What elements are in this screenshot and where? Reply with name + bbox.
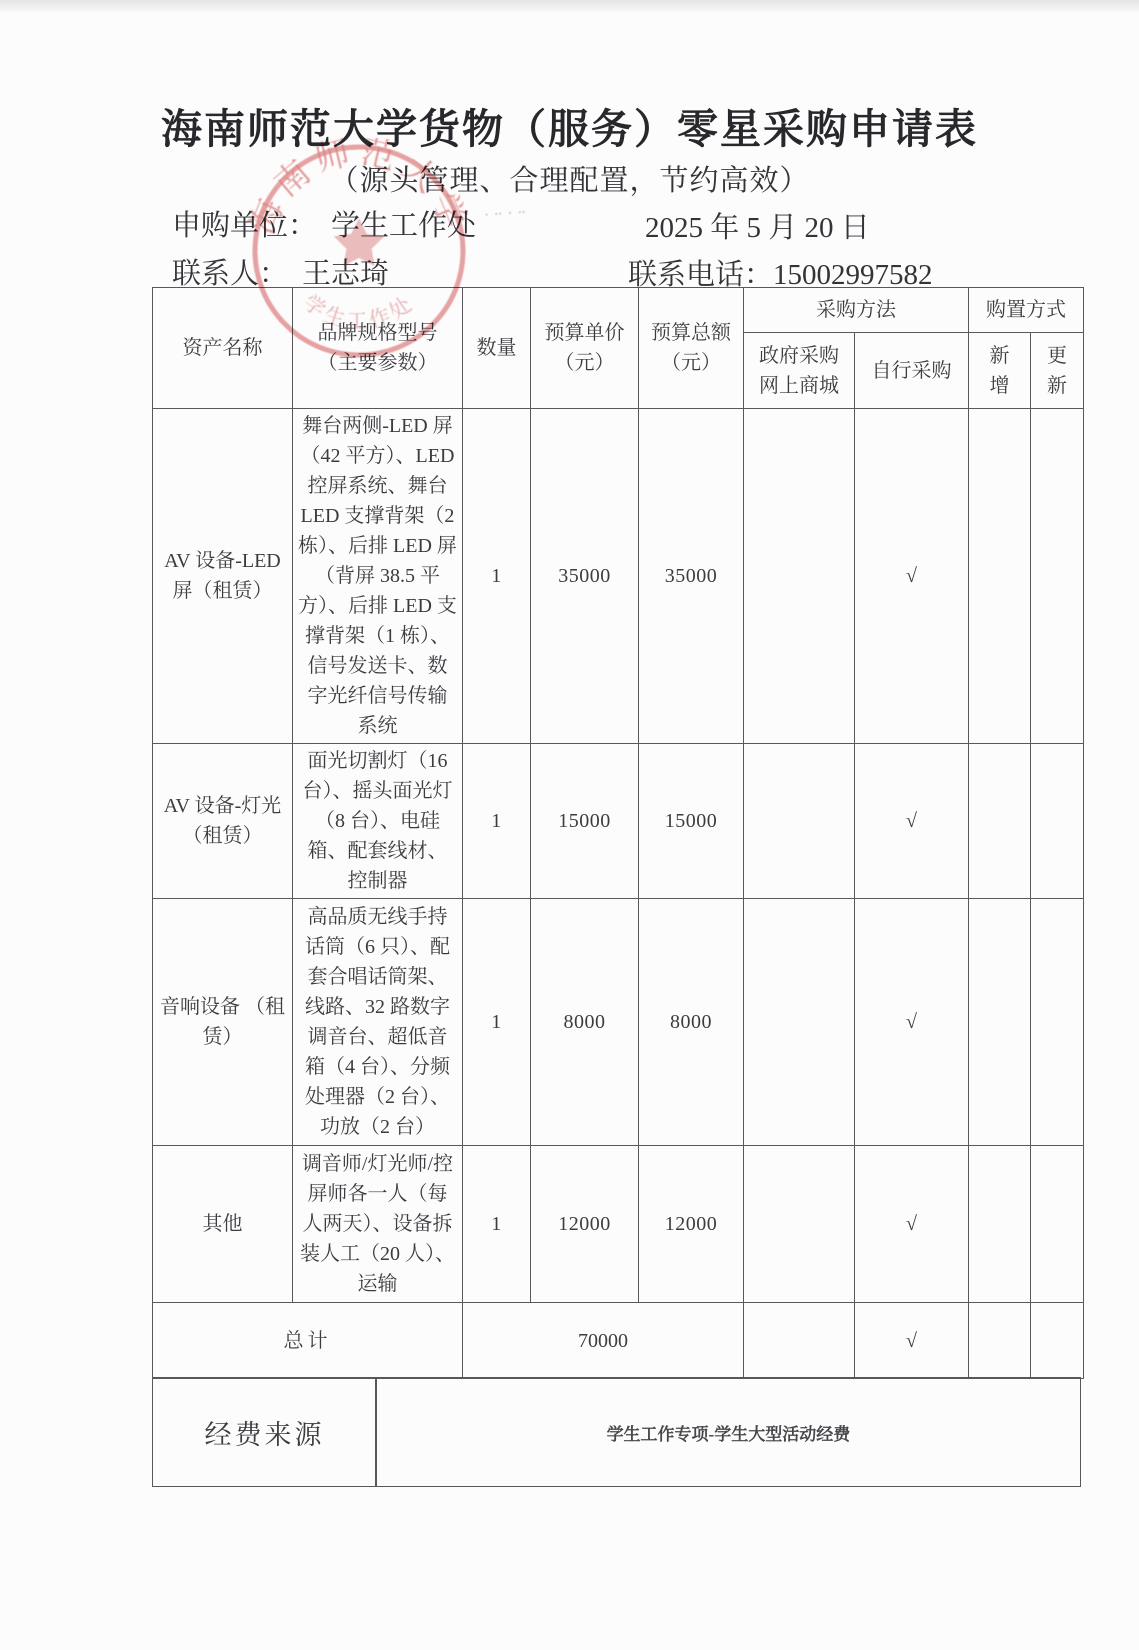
procurement-table: 资产名称 品牌规格型号（主要参数） 数量 预算单价（元） 预算总额（元） 采购方… xyxy=(152,287,1084,1379)
col-header-spec: 品牌规格型号（主要参数） xyxy=(293,288,463,409)
table-row: AV 设备-LED 屏（租赁） 舞台两侧-LED 屏（42 平方）、LED 控屏… xyxy=(153,409,1084,744)
new-cell xyxy=(969,1146,1031,1303)
total-row: 总计 70000 √ xyxy=(153,1303,1084,1379)
table-row: AV 设备-灯光 （租赁） 面光切割灯（16 台）、摇头面光灯（8 台）、电硅箱… xyxy=(153,744,1084,899)
funding-source-value: 学生工作专项-学生大型活动经费 xyxy=(375,1377,1081,1487)
renew-cell xyxy=(1031,1303,1084,1379)
table-row: 音响设备 （租赁） 高品质无线手持话筒（6 只）、配套合唱话筒架、线路、32 路… xyxy=(153,899,1084,1146)
pencil-smudge: ᠂ ᠃ ᠂ ᠃ xyxy=(481,192,604,244)
application-date: 2025 年 5 月 20 日 xyxy=(645,205,870,246)
total-label-cell: 总计 xyxy=(153,1303,463,1379)
header-row-groups: 资产名称 品牌规格型号（主要参数） 数量 预算单价（元） 预算总额（元） 采购方… xyxy=(153,288,1084,333)
total-price-cell: 8000 xyxy=(639,899,744,1146)
spec-cell: 高品质无线手持话筒（6 只）、配套合唱话筒架、线路、32 路数字调音台、超低音箱… xyxy=(293,899,463,1146)
new-cell xyxy=(969,409,1031,744)
unit-price-cell: 12000 xyxy=(531,1146,639,1303)
total-amount-cell: 70000 xyxy=(463,1303,744,1379)
self-procure-check-cell: √ xyxy=(855,744,969,899)
col-header-asset-name: 资产名称 xyxy=(153,288,293,409)
unit-price-cell: 35000 xyxy=(531,409,639,744)
self-procure-check-cell: √ xyxy=(855,899,969,1146)
total-price-cell: 35000 xyxy=(639,409,744,744)
unit-price-cell: 8000 xyxy=(531,899,639,1146)
self-procure-check-cell: √ xyxy=(855,1303,969,1379)
col-header-new: 新增 xyxy=(969,333,1031,409)
applicant-unit-value: 学生工作处 xyxy=(331,210,476,242)
document-subtitle: （源头管理、合理配置，节约高效） xyxy=(0,158,1139,199)
contact-person-line: 联系人：王志琦 xyxy=(172,251,389,292)
contact-person-label: 联系人： xyxy=(172,258,288,290)
asset-name-cell: 音响设备 （租赁） xyxy=(153,899,293,1146)
asset-name-cell: 其他 xyxy=(153,1146,293,1303)
col-header-qty: 数量 xyxy=(463,288,531,409)
gov-mall-cell xyxy=(744,1146,855,1303)
spec-cell: 舞台两侧-LED 屏（42 平方）、LED 控屏系统、舞台 LED 支撑背架（2… xyxy=(293,409,463,744)
col-header-gov-mall: 政府采购网上商城 xyxy=(744,333,855,409)
new-cell xyxy=(969,744,1031,899)
qty-cell: 1 xyxy=(463,899,531,1146)
applicant-unit-label: 申购单位： xyxy=(172,210,317,242)
qty-cell: 1 xyxy=(463,1146,531,1303)
renew-cell xyxy=(1031,1146,1084,1303)
scanned-document: 海南师范大学货物（服务）零星采购申请表 （源头管理、合理配置，节约高效） 申购单… xyxy=(0,0,1139,1650)
col-header-renew: 更新 xyxy=(1031,333,1084,409)
spec-cell: 调音师/灯光师/控屏师各一人（每人两天）、设备拆装人工（20 人）、运输 xyxy=(293,1146,463,1303)
renew-cell xyxy=(1031,409,1084,744)
new-cell xyxy=(969,1303,1031,1379)
renew-cell xyxy=(1031,744,1084,899)
asset-name-cell: AV 设备-灯光 （租赁） xyxy=(153,744,293,899)
col-header-self-procure: 自行采购 xyxy=(855,333,969,409)
qty-cell: 1 xyxy=(463,409,531,744)
gov-mall-cell xyxy=(744,1303,855,1379)
self-procure-check-cell: √ xyxy=(855,409,969,744)
total-price-cell: 12000 xyxy=(639,1146,744,1303)
document-title: 海南师范大学货物（服务）零星采购申请表 xyxy=(0,96,1139,155)
unit-price-cell: 15000 xyxy=(531,744,639,899)
col-header-unit-price: 预算单价（元） xyxy=(531,288,639,409)
renew-cell xyxy=(1031,899,1084,1146)
self-procure-check-cell: √ xyxy=(855,1146,969,1303)
gov-mall-cell xyxy=(744,409,855,744)
asset-name-cell: AV 设备-LED 屏（租赁） xyxy=(153,409,293,744)
col-group-procurement-method: 采购方法 xyxy=(744,288,969,333)
spec-cell: 面光切割灯（16 台）、摇头面光灯（8 台）、电硅箱、配套线材、控制器 xyxy=(293,744,463,899)
scan-edge-shadow xyxy=(0,0,1139,14)
table-row: 其他 调音师/灯光师/控屏师各一人（每人两天）、设备拆装人工（20 人）、运输 … xyxy=(153,1146,1084,1303)
qty-cell: 1 xyxy=(463,744,531,899)
total-price-cell: 15000 xyxy=(639,744,744,899)
new-cell xyxy=(969,899,1031,1146)
gov-mall-cell xyxy=(744,899,855,1146)
applicant-unit-line: 申购单位：学生工作处 xyxy=(172,203,476,244)
funding-source-label: 经费来源 xyxy=(152,1377,377,1487)
gov-mall-cell xyxy=(744,744,855,899)
funding-source-band: 经费来源 学生工作专项-学生大型活动经费 xyxy=(152,1377,1083,1487)
col-group-purchase-mode: 购置方式 xyxy=(969,288,1084,333)
contact-person-value: 王志琦 xyxy=(302,258,389,290)
col-header-total-price: 预算总额（元） xyxy=(639,288,744,409)
